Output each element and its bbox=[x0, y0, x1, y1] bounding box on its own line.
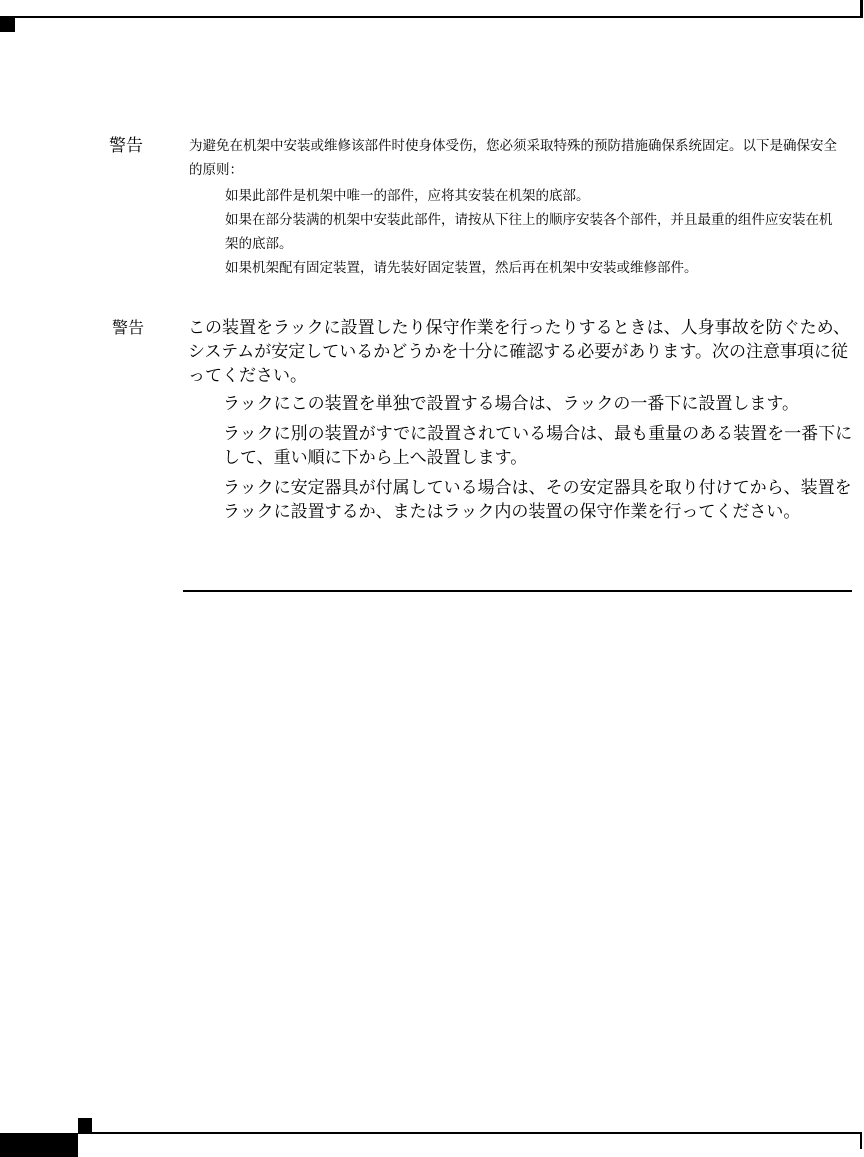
header-corner-marker bbox=[0, 17, 15, 32]
warning-item: 如果此部件是机架中唯一的部件，应将其安装在机架的底部。 bbox=[225, 184, 839, 208]
footer-right-tick bbox=[860, 1133, 862, 1149]
warning-intro-ja: この装置をラックに設置したり保守作業を行ったりするときは、人身事故を防ぐため、シ… bbox=[188, 316, 854, 388]
header-right-tick bbox=[860, 0, 863, 18]
warning-list-zh: 如果此部件是机架中唯一的部件，应将其安装在机架的底部。 如果在部分装满的机架中安… bbox=[189, 184, 839, 280]
warning-intro-zh: 为避免在机架中安装或维修该部件时使身体受伤，您必须采取特殊的预防措施确保系统固定… bbox=[189, 134, 839, 182]
header-rule bbox=[0, 16, 862, 18]
footer-page-tab bbox=[0, 1133, 78, 1157]
warning-body-ja: この装置をラックに設置したり保守作業を行ったりするときは、人身事故を防ぐため、シ… bbox=[188, 316, 854, 530]
warning-list-ja: ラックにこの装置を単独で設置する場合は、ラックの一番下に設置します。 ラックに別… bbox=[188, 392, 854, 524]
warning-item: ラックにこの装置を単独で設置する場合は、ラックの一番下に設置します。 bbox=[223, 392, 854, 416]
section-divider bbox=[183, 590, 852, 592]
warning-item: 如果机架配有固定装置，请先装好固定装置，然后再在机架中安装或维修部件。 bbox=[225, 256, 839, 280]
footer-marker bbox=[78, 1118, 92, 1133]
warning-item: ラックに安定器具が付属している場合は、その安定器具を取り付けてから、装置をラック… bbox=[223, 476, 854, 524]
warning-item: 如果在部分装满的机架中安装此部件，请按从下往上的顺序安装各个部件，并且最重的组件… bbox=[225, 208, 839, 256]
warning-item: ラックに別の装置がすでに設置されている場合は、最も重量のある装置を一番下にして、… bbox=[223, 422, 854, 470]
warning-body-zh: 为避免在机架中安装或维修该部件时使身体受伤，您必须采取特殊的预防措施确保系统固定… bbox=[189, 134, 839, 280]
footer-rule bbox=[78, 1132, 862, 1134]
warning-label-ja: 警告 bbox=[112, 317, 144, 339]
warning-label-zh: 警告 bbox=[109, 135, 143, 157]
